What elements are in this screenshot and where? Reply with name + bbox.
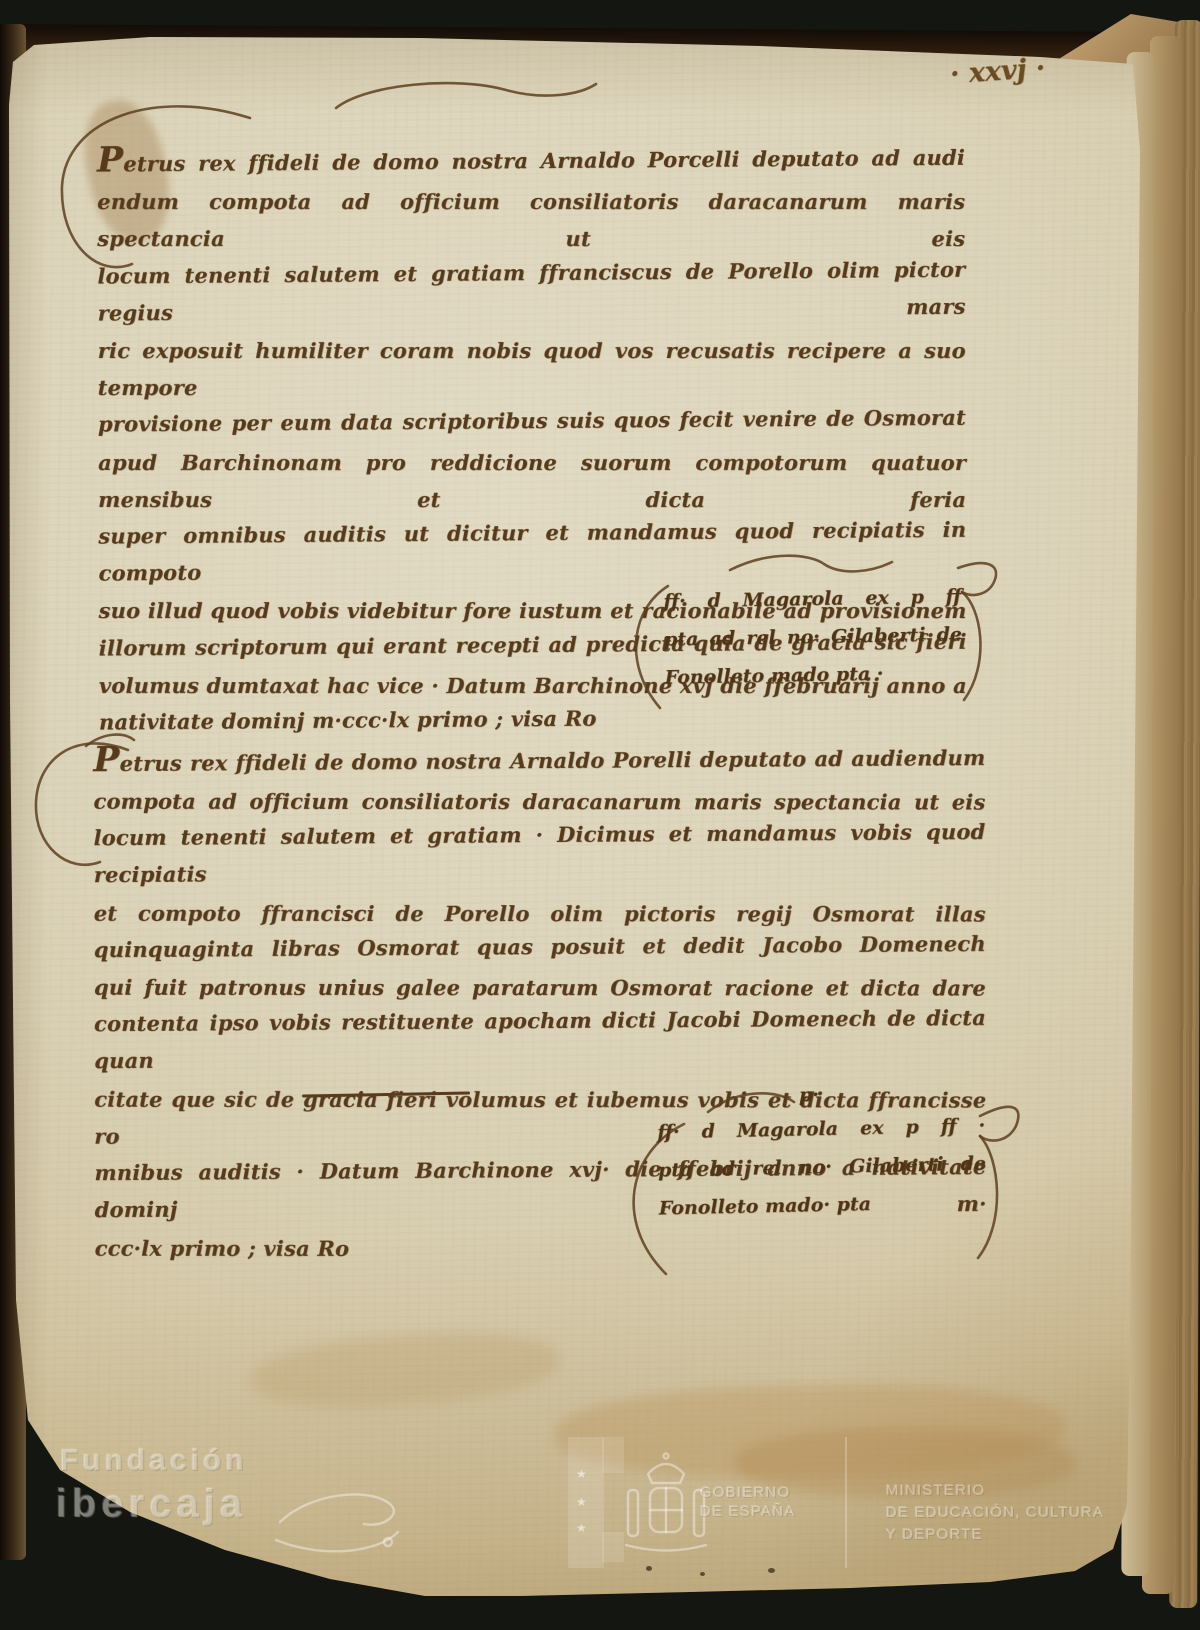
manuscript-line: apud Barchinonam pro reddicione suorum c… xyxy=(98,444,966,518)
manuscript-line: endum compota ad officium consiliatoris … xyxy=(97,183,965,257)
manuscript-line: quinquaginta libras Osmorat quas posuit … xyxy=(94,925,986,968)
watermark-divider xyxy=(845,1437,847,1568)
ink-speck xyxy=(768,1568,775,1573)
ink-speck xyxy=(700,1572,705,1576)
note-line: Fonolleto mado pta · xyxy=(664,653,963,696)
note-line: pta ad rel no· Gilaberti de xyxy=(658,1145,987,1190)
folio-number: · xxvj · xyxy=(949,53,1046,91)
ministerio-line1: MINISTERIO xyxy=(886,1480,1104,1502)
note-line: pta ad rel no· Gilaberti de xyxy=(664,615,963,658)
ministerio-line3: Y DEPORTE xyxy=(886,1524,1104,1546)
paper-stain xyxy=(248,1324,562,1415)
chancery-note-1: ff· d Magarola ex p ff pta ad rel no· Gi… xyxy=(663,577,963,696)
manuscript-line: locum tenenti salutem et gratiam ffranci… xyxy=(97,250,966,331)
star-icon: ★ xyxy=(576,1467,587,1481)
ministerio-watermark: MINISTERIO DE EDUCACIÓN, CULTURA Y DEPOR… xyxy=(886,1480,1104,1546)
manuscript-line: Petrus rex ffideli de domo nostra Arnald… xyxy=(97,137,965,183)
manuscript-line: ric exposuit humiliter coram nobis quod … xyxy=(98,332,966,406)
note-line: ff· d Magarola ex p ff xyxy=(663,577,962,620)
ibercaja-logo-icon xyxy=(272,1470,406,1564)
manuscript-line: contenta ipso vobis restituente apocham … xyxy=(94,999,986,1080)
ministerio-line2: DE EDUCACIÓN, CULTURA xyxy=(886,1502,1104,1524)
star-icon: ★ xyxy=(576,1495,587,1509)
manuscript-line: locum tenenti salutem et gratiam · Dicim… xyxy=(93,813,985,894)
gobierno-watermark: GOBIERNO DE ESPAÑA xyxy=(700,1483,796,1521)
gobierno-line2: DE ESPAÑA xyxy=(700,1502,796,1521)
manuscript-line: provisione per eum data scriptoribus sui… xyxy=(98,399,966,443)
note-line: Fonolleto mado· pta xyxy=(658,1183,987,1228)
ibercaja-watermark-line1: Fundación xyxy=(60,1444,248,1478)
manuscript-line: Petrus rex ffideli de domo nostra Arnald… xyxy=(93,737,985,782)
archive-photo: · xxvj · Petrus rex ffideli de domo nost… xyxy=(0,0,1200,1630)
star-icon: ★ xyxy=(576,1521,587,1535)
ink-speck xyxy=(646,1566,652,1571)
manuscript-page: · xxvj · Petrus rex ffideli de domo nost… xyxy=(0,0,1200,1630)
ibercaja-watermark-line2: ibercaja xyxy=(56,1482,247,1527)
flag-watermark: ★ ★ ★ xyxy=(568,1437,604,1568)
chancery-note-2: ff· d Magarola ex p ff · pta ad rel no· … xyxy=(657,1107,987,1228)
gobierno-line1: GOBIERNO xyxy=(700,1483,796,1502)
